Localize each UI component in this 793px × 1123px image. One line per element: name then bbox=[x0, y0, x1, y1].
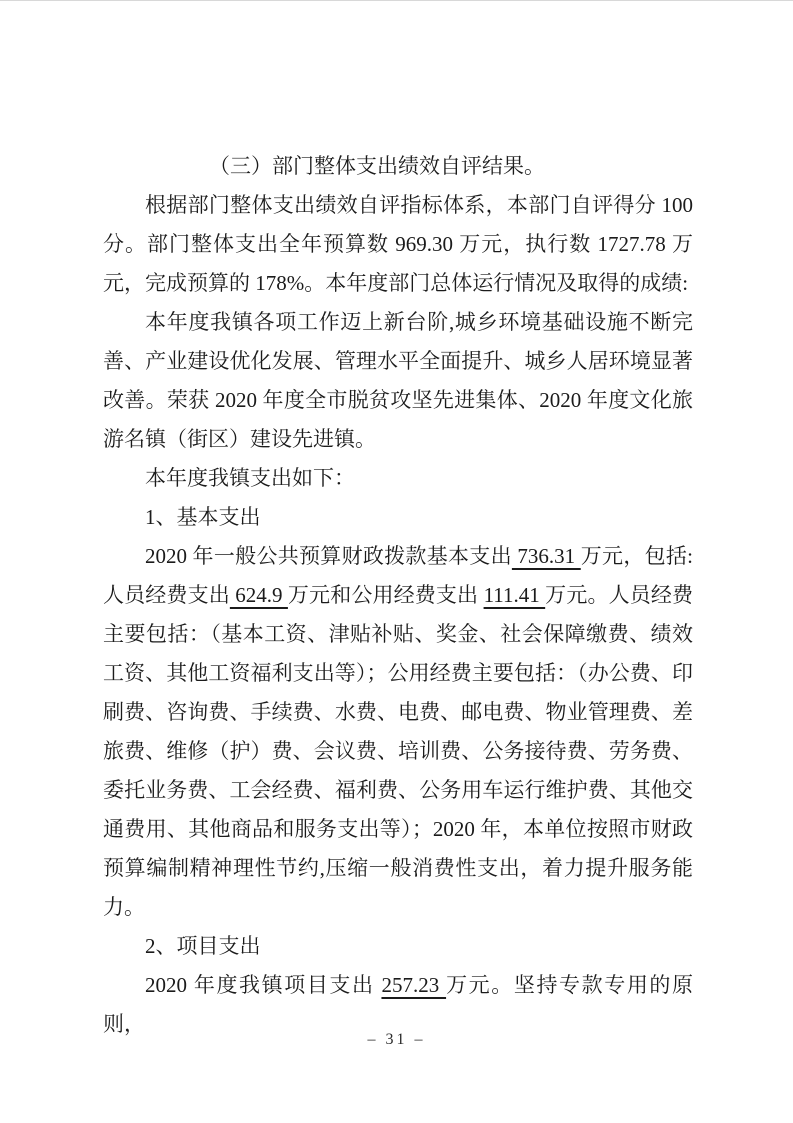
basic-expenditure-text-3: 万元和公用经费支出 bbox=[288, 583, 484, 607]
basic-expenditure-paragraph: 2020 年一般公共预算财政拨款基本支出 736.31 万元，包括:人员经费支出… bbox=[103, 537, 693, 927]
project-expenditure-text-1: 2020 年度我镇项目支出 bbox=[145, 973, 381, 997]
page-number: – 31 – bbox=[368, 1031, 426, 1048]
document-page: （三）部门整体支出绩效自评结果。 根据部门整体支出绩效自评指标体系，本部门自评得… bbox=[0, 0, 793, 1123]
basic-expenditure-title: 1、基本支出 bbox=[103, 498, 693, 537]
project-expenditure-amount: 257.23 bbox=[381, 973, 446, 997]
expenditure-lead-paragraph: 本年度我镇支出如下： bbox=[103, 459, 693, 498]
public-expense-amount: 111.41 bbox=[484, 583, 546, 607]
achievements-paragraph: 本年度我镇各项工作迈上新台阶,城乡环境基础设施不断完善、产业建设优化发展、管理水… bbox=[103, 303, 693, 459]
section-heading: （三）部门整体支出绩效自评结果。 bbox=[103, 147, 693, 186]
basic-expenditure-amount: 736.31 bbox=[512, 544, 581, 568]
page-footer: – 31 – bbox=[0, 1031, 793, 1049]
project-expenditure-title: 2、项目支出 bbox=[103, 927, 693, 966]
basic-expenditure-text-4: 万元。人员经费主要包括：（基本工资、津贴补贴、奖金、社会保障缴费、绩效工资、其他… bbox=[103, 583, 693, 919]
document-body: （三）部门整体支出绩效自评结果。 根据部门整体支出绩效自评指标体系，本部门自评得… bbox=[103, 147, 693, 1044]
self-evaluation-intro-paragraph: 根据部门整体支出绩效自评指标体系，本部门自评得分 100 分。部门整体支出全年预… bbox=[103, 186, 693, 303]
personnel-expense-amount: 624.9 bbox=[230, 583, 288, 607]
basic-expenditure-text-1: 2020 年一般公共预算财政拨款基本支出 bbox=[145, 544, 512, 568]
